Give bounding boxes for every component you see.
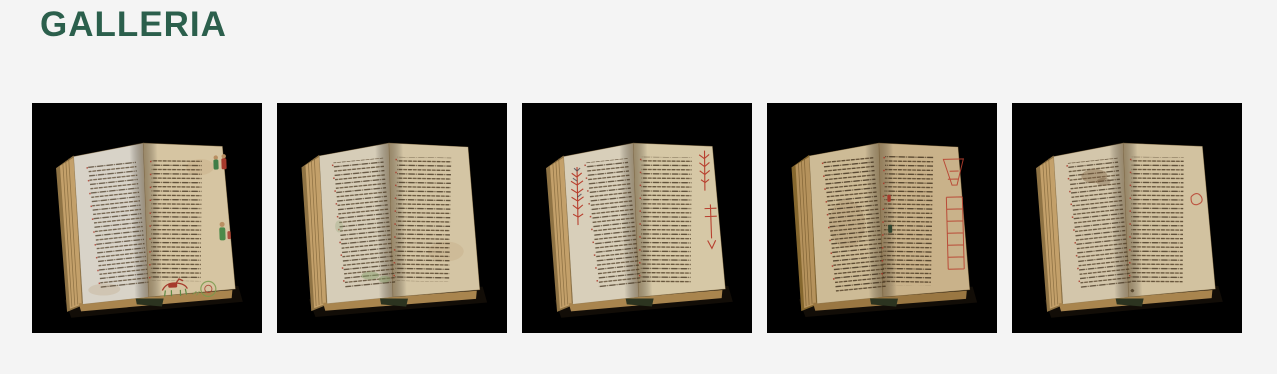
manuscript-photo-2 [277, 103, 507, 333]
gallery-item-4[interactable] [767, 103, 997, 333]
gallery-item-5[interactable] [1012, 103, 1242, 333]
manuscript-photo-3 [522, 103, 752, 333]
manuscript-photo-4 [767, 103, 997, 333]
gallery-item-3[interactable] [522, 103, 752, 333]
manuscript-photo-1 [32, 103, 262, 333]
gallery-item-1[interactable] [32, 103, 262, 333]
gallery-heading: GALLERIA [40, 6, 1242, 45]
gallery-item-2[interactable] [277, 103, 507, 333]
gallery-section: GALLERIA [0, 0, 1277, 333]
gallery-grid [32, 103, 1242, 333]
manuscript-photo-5 [1012, 103, 1242, 333]
